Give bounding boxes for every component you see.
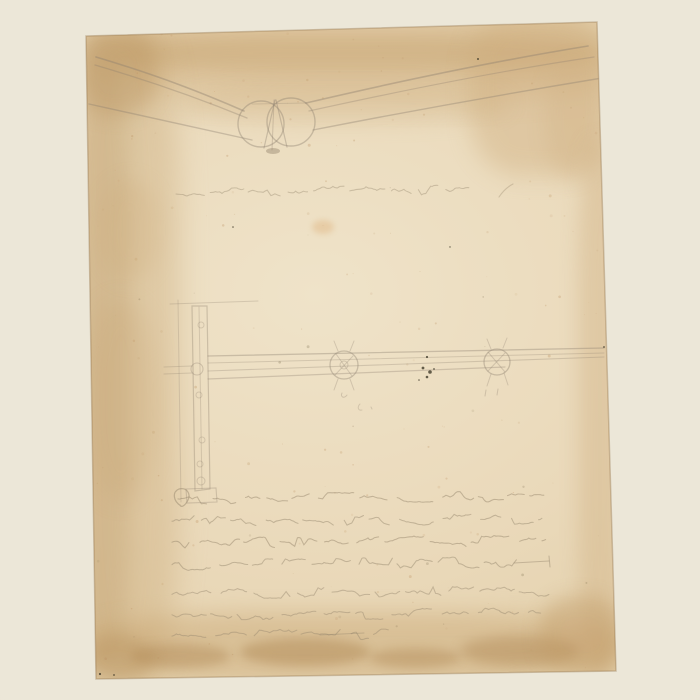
paper-speckle <box>336 145 337 146</box>
paper-speckle <box>378 45 379 46</box>
paper-speckle <box>282 444 283 445</box>
paper-speckle <box>234 214 235 215</box>
wing-sketch-stroke <box>95 65 247 118</box>
ink-speck <box>418 379 420 381</box>
paper-speckle <box>409 575 412 578</box>
stain-blotch <box>74 60 130 660</box>
paper-speckle <box>161 583 163 585</box>
paper-speckle <box>567 653 568 654</box>
paper-speckle <box>361 109 362 110</box>
paper-speckle <box>402 57 404 59</box>
paper-speckle <box>261 142 263 144</box>
paper-speckle <box>585 582 587 584</box>
paper-speckle <box>585 667 586 668</box>
paper-speckle <box>545 305 547 307</box>
paper-speckle <box>344 530 347 533</box>
paper-speckle <box>486 231 488 233</box>
stain-blotch <box>70 24 180 684</box>
wing-sketch-stroke <box>276 100 287 147</box>
mechanism-sketch-stroke <box>503 338 507 348</box>
paper-speckle <box>97 483 98 484</box>
paper-speckle <box>572 231 573 232</box>
stain-blotch <box>84 612 624 680</box>
mechanism-sketch-stroke <box>208 348 604 356</box>
mechanism-sketch-stroke <box>192 306 210 491</box>
paper-speckle <box>406 363 408 365</box>
handwriting-line <box>178 492 544 504</box>
paper-speckle <box>161 499 163 501</box>
paper-speckle <box>596 249 598 251</box>
paper-speckle <box>588 302 589 303</box>
paper-speckle <box>521 574 524 577</box>
paper-speckle <box>583 117 584 118</box>
mechanism-sketch-stroke <box>497 389 498 395</box>
paper-speckle <box>353 273 354 274</box>
paper-speckle <box>278 361 281 364</box>
mechanism-sketch-circle <box>197 461 203 467</box>
paper-speckle <box>286 32 289 35</box>
wing-sketch-stroke <box>264 100 275 148</box>
paper-speckle <box>530 649 532 651</box>
paper-speckle <box>118 180 120 182</box>
paper-speckle <box>427 446 429 448</box>
manuscript-sheet <box>0 0 700 700</box>
paper-speckle <box>366 494 368 496</box>
paper-speckle <box>334 492 336 494</box>
stain-blotch <box>578 140 622 680</box>
mechanism-sketch-circle <box>197 477 205 485</box>
paper-speckle <box>112 205 113 206</box>
paper-speckle <box>518 422 520 424</box>
paper-speckle <box>97 560 100 563</box>
paper-speckle <box>155 132 157 134</box>
paper-speckle <box>133 636 135 638</box>
paper-speckle <box>247 96 249 98</box>
paper-speckle <box>352 426 354 428</box>
stain-blotch <box>460 636 580 666</box>
paper-speckle <box>595 132 598 135</box>
mechanism-sketch-stroke <box>488 352 505 372</box>
paper-speckle <box>226 155 228 157</box>
paper-speckle <box>351 514 353 516</box>
paper-speckle <box>529 180 531 182</box>
paper-speckle <box>412 602 414 604</box>
paper-speckle <box>232 191 235 194</box>
paper-speckle <box>158 657 160 659</box>
wing-sketch-stroke <box>309 57 594 111</box>
paper-speckle <box>413 359 415 361</box>
paper-speckle <box>307 212 310 215</box>
mechanism-sketch-stroke <box>164 373 192 374</box>
mechanism-sketch-stroke <box>334 379 338 390</box>
paper-speckle <box>306 79 308 81</box>
photo-mat <box>0 0 700 700</box>
handwriting-line <box>176 185 469 196</box>
mechanism-sketch-circle <box>191 363 203 375</box>
paper-speckle <box>548 355 551 358</box>
paper-speckle <box>102 209 104 211</box>
handwriting-line <box>172 536 546 548</box>
paper-speckle <box>392 119 394 121</box>
paper-speckle <box>115 315 116 316</box>
mechanism-sketch-stroke <box>487 339 491 349</box>
paper-speckle <box>307 234 308 235</box>
paper-speckle <box>322 97 324 99</box>
paper-speckle <box>214 91 215 92</box>
paper-speckle <box>488 603 489 604</box>
paper-speckle <box>549 194 552 197</box>
paper-speckle <box>160 330 163 333</box>
ink-speck <box>426 356 428 358</box>
paper-speckle <box>249 534 251 536</box>
handwriting-mark <box>174 489 189 507</box>
mirror-handwriting <box>172 184 550 640</box>
paper-speckle <box>210 102 212 104</box>
paper-speckle <box>137 73 138 74</box>
paper-speckle <box>206 215 207 216</box>
paper-speckle <box>373 233 375 235</box>
paper-speckle <box>470 531 472 533</box>
paper-speckle <box>131 135 133 137</box>
paper-speckle <box>338 71 340 73</box>
handwriting-mark <box>549 556 550 567</box>
wing-sketch-stroke <box>306 46 588 103</box>
mechanism-sketch-stroke <box>335 356 353 375</box>
mechanism-sketch-stroke <box>186 488 217 503</box>
paper-speckle <box>104 657 107 660</box>
sketch-layer <box>0 0 700 700</box>
mechanism-sketch-circle <box>199 437 205 443</box>
paper-speckle <box>443 623 444 624</box>
stain-blotch <box>95 36 595 70</box>
mechanism-sketch-stroke <box>485 390 486 396</box>
wing-sketch-stroke <box>96 57 244 111</box>
paper-speckles <box>97 32 605 668</box>
stain-blotch <box>130 644 230 668</box>
mechanism-sketch-stroke <box>488 353 505 371</box>
paper-speckle <box>584 314 585 315</box>
mechanism-sketch-circle <box>484 349 510 375</box>
ink-specks <box>99 58 605 676</box>
paper-speckle <box>396 625 398 627</box>
paper-speckle <box>196 520 199 523</box>
mechanism-sketch-stroke <box>208 357 604 371</box>
paper-speckle <box>558 295 561 298</box>
paper-speckle <box>486 276 487 277</box>
paper-speckle <box>301 329 302 330</box>
paper-speckle <box>352 658 353 659</box>
paper-speckle <box>501 420 502 421</box>
paper-speckle <box>152 431 155 434</box>
stain-blotch <box>312 220 334 234</box>
mechanism-sketch-circle <box>196 392 202 398</box>
stain-blotch <box>78 14 626 98</box>
stain-blotch <box>540 596 622 674</box>
paper-speckle <box>141 452 144 455</box>
paper-speckle <box>448 587 449 588</box>
ink-speck <box>232 226 234 228</box>
mechanism-sketch-circle <box>198 322 204 328</box>
paper-speckle <box>513 492 514 493</box>
paper-speckle <box>99 399 100 400</box>
mechanism-sketch-stroke <box>199 307 202 489</box>
paper-speckle <box>512 611 514 613</box>
paper-speckle <box>518 53 519 54</box>
mechanism-sketch-stroke <box>334 341 338 351</box>
ink-speck <box>426 376 429 379</box>
mechanism-sketch-stroke <box>336 354 352 376</box>
paper-speckle <box>445 627 447 629</box>
stain-blotch <box>180 84 510 124</box>
paper-speckle <box>442 426 443 427</box>
paper-speckle <box>552 482 553 483</box>
paper-speckle <box>138 298 140 300</box>
paper-speckle <box>135 258 138 261</box>
mechanism-sketch-stroke <box>170 301 258 304</box>
ink-speck <box>113 674 115 676</box>
ink-speck <box>477 58 479 60</box>
paper-speckle <box>137 357 139 359</box>
wing-sketch-circle <box>238 101 284 147</box>
ink-speck <box>428 370 432 374</box>
mechanism-sketch-stroke <box>341 393 347 397</box>
stain-blotch <box>470 10 610 175</box>
paper-speckle <box>352 464 354 466</box>
mechanism-sketch-stroke <box>164 366 192 367</box>
paper-speckle <box>325 486 326 487</box>
mechanism-sketch-stroke <box>350 379 354 390</box>
wing-sketch-stroke <box>313 78 602 130</box>
paper-speckle <box>97 226 98 227</box>
mechanism-sketch-circle <box>330 351 358 379</box>
paper-speckle <box>368 355 369 356</box>
stain-blotch <box>545 60 605 180</box>
paper-speckle <box>131 138 133 140</box>
wing-sketch-stroke <box>272 100 274 150</box>
handwriting-mark <box>514 561 549 563</box>
paper-speckle <box>158 475 160 477</box>
wing-sketch-stroke <box>89 104 252 140</box>
paper-speckle <box>323 225 324 226</box>
paper-speckle <box>403 428 404 429</box>
paper-speckle <box>438 486 441 489</box>
paper-speckle <box>550 214 553 217</box>
stain-blotch <box>76 26 156 116</box>
handwriting-line <box>172 587 549 598</box>
paper-speckle <box>407 93 409 95</box>
paper-speckle <box>390 187 391 188</box>
paper-speckle <box>293 490 295 492</box>
stain-blotch <box>370 648 460 668</box>
paper-speckle <box>418 328 420 330</box>
paper-speckle <box>325 180 327 182</box>
paper-speckle <box>247 462 250 465</box>
paper-speckle <box>297 101 299 103</box>
mechanism-sketch-stroke <box>358 404 362 410</box>
mechanism-sketch-stroke <box>208 353 604 363</box>
paper-speckle <box>167 95 169 97</box>
paper-speckle <box>133 340 135 342</box>
paper-speckle <box>399 322 400 323</box>
mechanism-sketch-stroke <box>178 300 181 502</box>
paper-speckle <box>515 293 518 296</box>
paper-speckle <box>308 144 311 147</box>
mechanism-sketch-stroke <box>208 367 505 379</box>
paper-speckle <box>476 533 479 536</box>
ink-speck <box>422 367 425 370</box>
paper-speckle <box>299 543 301 545</box>
paper-speckle <box>423 114 425 116</box>
paper-speckle <box>307 345 310 348</box>
paper-speckle <box>194 386 197 389</box>
ink-speck <box>433 368 435 370</box>
stain-blotch <box>84 636 154 682</box>
paper-speckle <box>598 535 599 536</box>
paper-speckle <box>570 107 572 109</box>
paper-speckle <box>352 39 354 41</box>
paper-speckle <box>531 82 533 84</box>
paper-speckle <box>338 615 341 618</box>
paper-speckle <box>522 486 524 488</box>
paper-speckle <box>420 271 421 272</box>
handwriting-line <box>172 514 542 525</box>
wing-sketch-stroke <box>252 103 306 104</box>
paper-speckle <box>209 643 211 645</box>
paper-speckle <box>289 118 291 120</box>
paper-speckle <box>242 79 245 82</box>
wing-apparatus-sketch <box>89 46 602 154</box>
paper-speckle <box>214 441 215 442</box>
stain-blotch <box>86 300 156 500</box>
paper-speckle <box>596 313 597 314</box>
paper-speckle <box>528 198 530 200</box>
paper-speckle <box>564 215 566 217</box>
paper-speckle <box>115 170 116 171</box>
paper-speckle <box>435 322 437 324</box>
mechanism-sketch-stroke <box>350 341 354 351</box>
paper-speckle <box>171 35 173 37</box>
stain-blotch <box>240 638 370 666</box>
paper-speckle <box>171 206 174 209</box>
paper-speckle <box>603 186 605 188</box>
paper-speckle <box>382 57 383 58</box>
paper-speckle <box>192 544 194 546</box>
paper-speckle <box>426 562 429 565</box>
paper-speckle <box>163 49 164 50</box>
ink-speck <box>99 673 101 675</box>
paper-speckle <box>160 33 162 35</box>
paper-speckle <box>482 296 484 298</box>
handwriting-line <box>172 629 388 639</box>
paper-speckle <box>194 293 195 294</box>
paper-speckle <box>102 467 103 468</box>
beam-mechanism-sketch <box>164 300 604 503</box>
paper-speckle <box>253 327 255 329</box>
paper-speckle <box>287 103 288 104</box>
paper-speckle <box>340 451 343 454</box>
paper-speckle <box>131 477 134 480</box>
paper-speckle <box>331 586 332 587</box>
handwriting-line <box>172 557 516 570</box>
paper-speckle <box>484 346 485 347</box>
paper-speckle <box>381 70 383 72</box>
handwriting-mark <box>499 184 513 197</box>
mechanism-sketch-circle <box>340 361 348 369</box>
paper-speckle <box>293 573 294 574</box>
paper-speckle <box>445 478 447 480</box>
paper-speckle <box>423 534 426 537</box>
handwriting-line <box>172 608 541 619</box>
wing-sketch-smudge <box>266 148 280 154</box>
mechanism-sketch-stroke <box>504 373 508 385</box>
mechanism-sketch-stroke <box>487 374 491 386</box>
paper-speckle <box>443 426 445 428</box>
paper-speckle <box>98 346 99 347</box>
paper-speckle <box>324 449 326 451</box>
paper-speckle <box>370 292 373 295</box>
ink-speck <box>449 246 450 247</box>
stain-blotch <box>100 180 160 280</box>
paper-speckle <box>472 409 475 412</box>
paper-speckle <box>232 654 233 655</box>
handwriting-mark <box>320 633 364 635</box>
paper-speckle <box>353 140 355 142</box>
paper-speckle <box>377 591 379 593</box>
mechanism-sketch-stroke <box>371 407 372 409</box>
paper-speckle <box>131 608 133 610</box>
paper-speckle <box>376 564 378 566</box>
paper-speckle <box>243 188 244 189</box>
paper-speckle <box>335 617 338 620</box>
ink-speck <box>603 346 605 348</box>
paper-speckle <box>390 233 391 234</box>
wing-sketch-circle <box>267 98 315 146</box>
paper-speckle <box>346 273 348 275</box>
paper-speckle <box>240 113 241 114</box>
paper-speckle <box>222 224 225 227</box>
paper-speckle <box>563 91 565 93</box>
